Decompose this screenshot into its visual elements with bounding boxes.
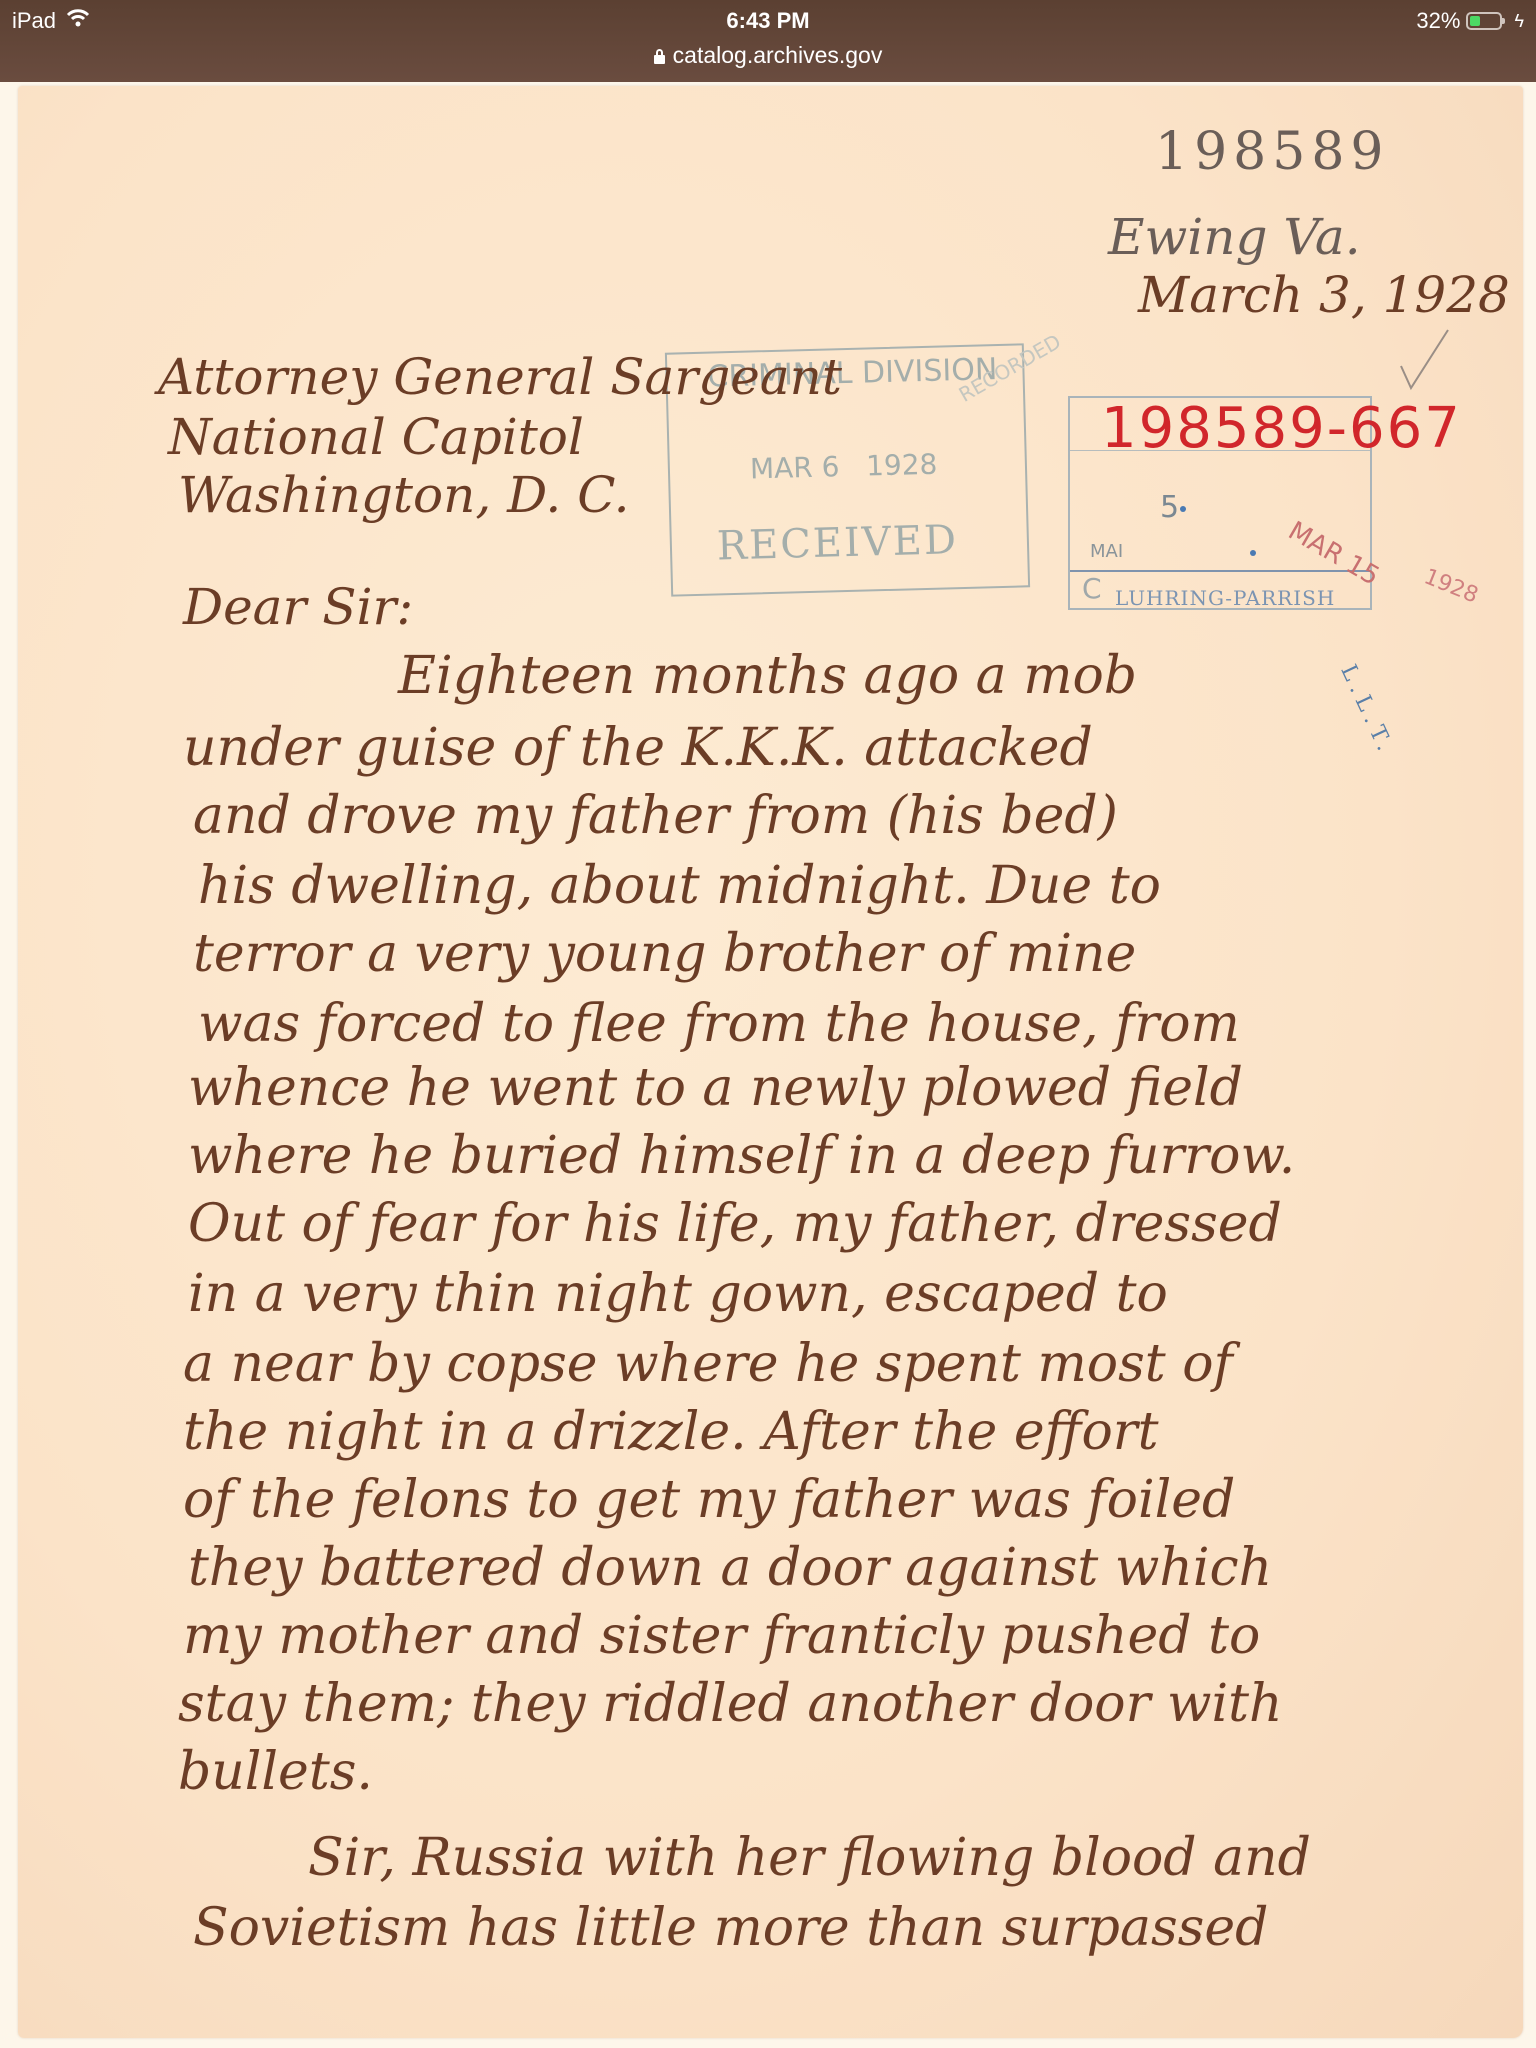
letter-scan: 198589 Ewing Va. March 3, 1928 CRIMINAL …	[18, 86, 1523, 2038]
body-line: Eighteen months ago a mob	[398, 646, 1137, 706]
salutation: Dear Sir:	[183, 578, 413, 636]
body-line: of the felons to get my father was foile…	[183, 1470, 1235, 1530]
charging-icon: ϟ	[1514, 11, 1524, 32]
records-day: 5	[1160, 490, 1179, 525]
body-line: in a very thin night gown, escaped to	[188, 1264, 1168, 1324]
body-line: terror a very young brother of mine	[193, 924, 1136, 984]
body-line: where he buried himself in a deep furrow…	[188, 1126, 1295, 1186]
status-bar: iPad 6:43 PM 32% ϟ catalog.archives.gov	[0, 0, 1536, 82]
stamp-received: RECEIVED	[716, 517, 958, 569]
body-line: his dwelling, about midnight. Due to	[198, 856, 1161, 916]
battery-percent: 32%	[1416, 8, 1460, 34]
body-line: the night in a drizzle. After the effort	[183, 1402, 1159, 1462]
clock: 6:43 PM	[0, 8, 1536, 34]
battery-icon	[1466, 12, 1502, 30]
letter-place: Ewing Va.	[1108, 208, 1361, 266]
body-line: was forced to flee from the house, from	[198, 994, 1240, 1054]
lock-icon	[654, 49, 665, 63]
status-right: 32% ϟ	[1416, 8, 1524, 34]
file-number-red: 198589-667	[1101, 396, 1462, 461]
body-line: stay them; they riddled another door wit…	[178, 1674, 1283, 1734]
address-line-2: National Capitol	[168, 408, 584, 466]
address-bar[interactable]: catalog.archives.gov	[0, 42, 1536, 69]
stamp-date: MAR 6 1928	[750, 448, 938, 486]
address-line-1: Attorney General Sargeant	[158, 348, 842, 406]
body-line: whence he went to a newly plowed field	[188, 1058, 1243, 1118]
body-line: Sovietism has little more than surpassed	[193, 1898, 1268, 1958]
body-line: bullets.	[178, 1742, 373, 1802]
letter-date: March 3, 1928	[1138, 266, 1510, 324]
initials-stamp: L.L.T.	[1335, 661, 1399, 760]
url-text: catalog.archives.gov	[673, 42, 883, 69]
body-line: my mother and sister franticly pushed to	[183, 1606, 1260, 1666]
body-line: under guise of the K.K.K. attacked	[183, 718, 1093, 778]
records-bottom-text: LUHRING-PARRISH	[1115, 586, 1335, 610]
records-row-label: MAI	[1090, 541, 1123, 562]
body-line: and drove my father from (his bed)	[193, 786, 1118, 846]
body-line: Out of fear for his life, my father, dre…	[188, 1194, 1282, 1254]
check-mark-icon	[1393, 326, 1453, 396]
records-bottom-letter: C	[1082, 572, 1102, 605]
address-line-3: Washington, D. C.	[178, 466, 630, 524]
body-line: they battered down a door against which	[188, 1538, 1272, 1598]
file-number-pencil: 198589	[1155, 122, 1390, 182]
red-year: 1928	[1420, 564, 1481, 608]
body-line: a near by copse where he spent most of	[183, 1334, 1233, 1394]
body-line: Sir, Russia with her flowing blood and	[308, 1828, 1311, 1888]
